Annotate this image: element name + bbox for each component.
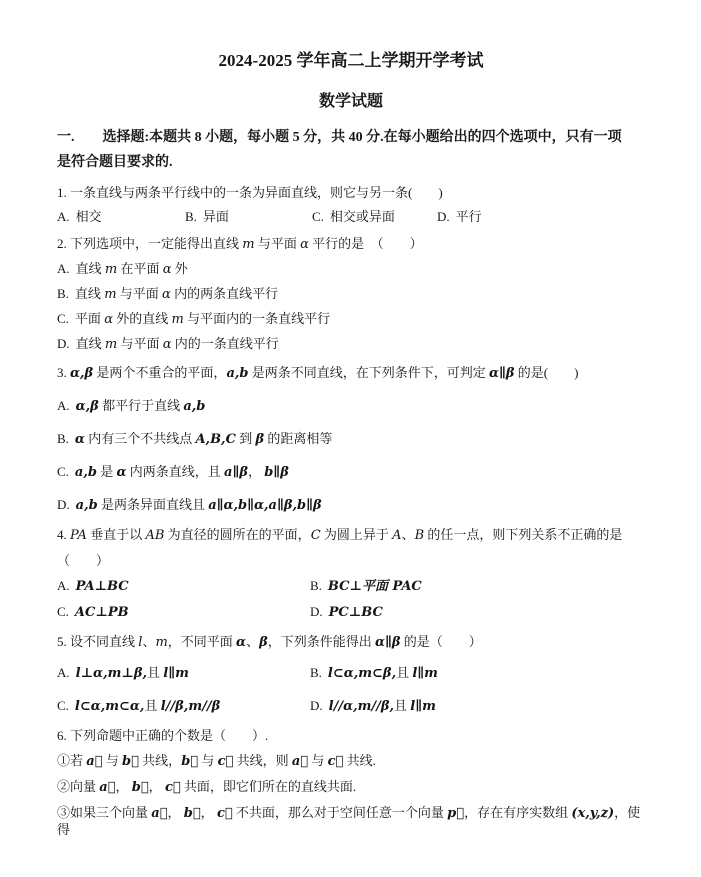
option-label: A. [57,665,70,680]
question-4: 4. PA 垂直于以 AB 为直径的圆所在的平面，C 为圆上异于 A、B 的任一… [57,527,645,621]
option-text: BC⊥平面 PAC [328,578,422,593]
question-6-stem: 6. 下列命题中正确的个数是（ ）. [57,728,645,744]
question-6: 6. 下列命题中正确的个数是（ ）. ①若 a⃗ 与 b⃗ 共线，b⃗ 与 c⃗… [57,728,645,838]
option-label: C. [312,209,324,224]
option-text: 直线 m 与平面 α 内的两条直线平行 [75,286,278,301]
page-subtitle: 数学试题 [57,91,645,112]
option-text: 直线 m 在平面 α 外 [76,261,188,276]
question-4-options: A.PA⊥BC B.BC⊥平面 PAC C.AC⊥PB D.PC⊥BC [57,578,645,621]
question-2-option-b: B.直线 m 与平面 α 内的两条直线平行 [57,286,645,303]
option-text: a,b 是 α 内两条直线，且 a∥β， b∥β [75,464,289,479]
question-5: 5. 设不同直线 l、m，不同平面 α、β，下列条件能得出 α∥β 的是（ ） … [57,634,645,715]
question-6-statement-2: ②向量 a⃗， b⃗， c⃗ 共面，即它们所在的直线共面. [57,779,645,796]
option-label: B. [57,286,69,301]
question-3-option-d: D.a,b 是两条异面直线且 a∥α,b∥α,a∥β,b∥β [57,497,645,514]
option-text: l⊂α,m⊂β,且 l∥m [328,665,438,680]
option-text: 平面 α 外的直线 m 与平面内的一条直线平行 [75,311,330,326]
option-text: PC⊥BC [329,604,383,619]
question-3-option-c: C.a,b 是 α 内两条直线，且 a∥β， b∥β [57,464,645,481]
question-2-option-d: D.直线 m 与平面 α 内的一条直线平行 [57,336,645,353]
section-heading-line2: 是符合题目要求的. [57,150,645,175]
section-heading-line1: 一. 选择题:本题共 8 小题，每小题 5 分，共 40 分.在每小题给出的四个… [57,125,645,150]
option-label: B. [185,209,197,224]
question-1-option-b: B.异面 [185,209,312,225]
question-1-stem: 1. 一条直线与两条平行线中的一条为异面直线，则它与另一条( ) [57,185,645,201]
question-3: 3. α,β 是两个不重合的平面，a,b 是两条不同直线，在下列条件下，可判定 … [57,365,645,514]
option-label: B. [310,578,322,593]
question-6-statement-1: ①若 a⃗ 与 b⃗ 共线，b⃗ 与 c⃗ 共线，则 a⃗ 与 c⃗ 共线. [57,753,645,770]
question-1-options: A.相交 B.异面 C.相交或异面 D.平行 [57,209,645,225]
page-title: 2024-2025 学年高二上学期开学考试 [57,50,645,72]
option-text: 异面 [203,209,229,224]
option-label: D. [310,698,323,713]
option-label: A. [57,578,70,593]
option-text: l//α,m//β,且 l∥m [329,698,436,713]
question-5-option-b: B.l⊂α,m⊂β,且 l∥m [310,665,645,682]
question-4-stem: 4. PA 垂直于以 AB 为直径的圆所在的平面，C 为圆上异于 A、B 的任一… [57,527,645,544]
option-text: 相交 [76,209,102,224]
option-text: PA⊥BC [76,578,129,593]
option-text: l⊂α,m⊂α,且 l//β,m//β [75,698,220,713]
option-label: D. [310,604,323,619]
option-label: C. [57,311,69,326]
option-label: B. [310,665,322,680]
question-3-option-a: A.α,β 都平行于直线 a,b [57,398,645,415]
question-4-option-c: C.AC⊥PB [57,604,310,621]
question-4-option-d: D.PC⊥BC [310,604,645,621]
question-1-option-d: D.平行 [437,209,482,225]
question-4-option-b: B.BC⊥平面 PAC [310,578,645,595]
option-label: A. [57,398,70,413]
option-text: l⊥α,m⊥β,且 l∥m [76,665,189,680]
question-5-option-c: C.l⊂α,m⊂α,且 l//β,m//β [57,698,310,715]
option-text: 直线 m 与平面 α 内的一条直线平行 [76,336,279,351]
question-1-option-c: C.相交或异面 [312,209,437,225]
option-text: AC⊥PB [75,604,129,619]
question-2: 2. 下列选项中，一定能得出直线 m 与平面 α 平行的是 （ ） A.直线 m… [57,236,645,353]
option-label: D. [57,336,70,351]
option-text: a,b 是两条异面直线且 a∥α,b∥α,a∥β,b∥β [76,497,322,512]
question-5-option-a: A.l⊥α,m⊥β,且 l∥m [57,665,310,682]
question-1-option-a: A.相交 [57,209,185,225]
question-5-stem: 5. 设不同直线 l、m，不同平面 α、β，下列条件能得出 α∥β 的是（ ） [57,634,645,651]
question-5-option-d: D.l//α,m//β,且 l∥m [310,698,645,715]
option-text: 平行 [456,209,482,224]
question-3-option-b: B.α 内有三个不共线点 A,B,C 到 β 的距离相等 [57,431,645,448]
question-4-stem-parens: （ ） [57,553,645,569]
question-6-statement-3: ③如果三个向量 a⃗， b⃗， c⃗ 不共面，那么对于空间任意一个向量 p⃗，存… [57,805,645,838]
option-text: α 内有三个不共线点 A,B,C 到 β 的距离相等 [75,431,332,446]
question-2-option-a: A.直线 m 在平面 α 外 [57,261,645,278]
question-2-stem: 2. 下列选项中，一定能得出直线 m 与平面 α 平行的是 （ ） [57,236,645,253]
option-label: C. [57,604,69,619]
question-3-stem: 3. α,β 是两个不重合的平面，a,b 是两条不同直线，在下列条件下，可判定 … [57,365,645,382]
option-text: α,β 都平行于直线 a,b [76,398,206,413]
question-4-option-a: A.PA⊥BC [57,578,310,595]
option-label: C. [57,698,69,713]
question-2-option-c: C.平面 α 外的直线 m 与平面内的一条直线平行 [57,311,645,328]
option-label: D. [57,497,70,512]
option-label: B. [57,431,69,446]
option-label: A. [57,261,70,276]
question-5-options: A.l⊥α,m⊥β,且 l∥m B.l⊂α,m⊂β,且 l∥m C.l⊂α,m⊂… [57,665,645,715]
option-label: C. [57,464,69,479]
question-1: 1. 一条直线与两条平行线中的一条为异面直线，则它与另一条( ) A.相交 B.… [57,185,645,225]
exam-page: 2024-2025 学年高二上学期开学考试 数学试题 一. 选择题:本题共 8 … [0,0,701,877]
option-label: D. [437,209,450,224]
option-label: A. [57,209,70,224]
option-text: 相交或异面 [330,209,395,224]
